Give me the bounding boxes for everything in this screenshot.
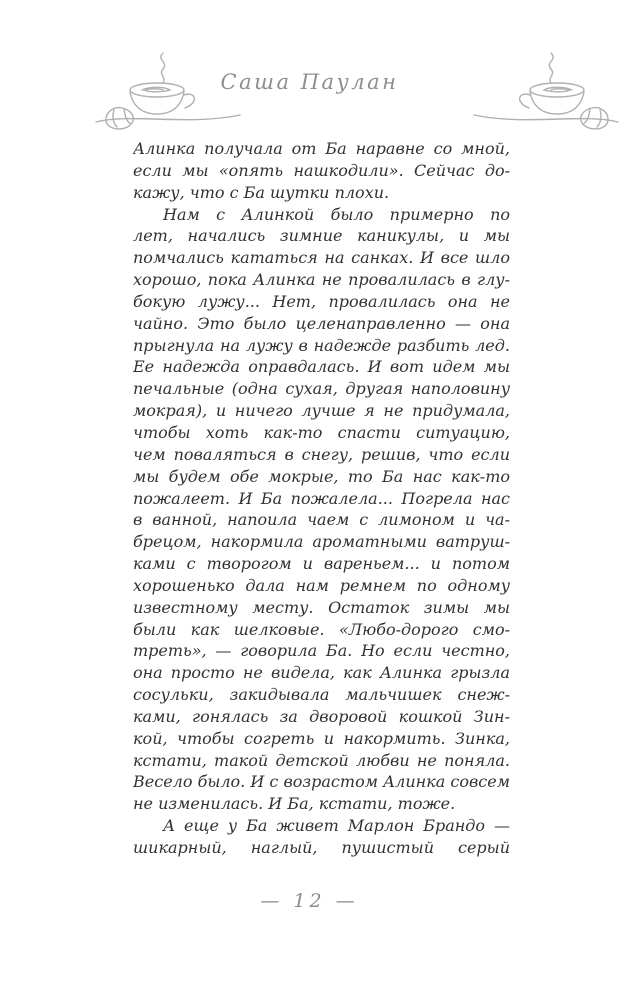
page-body-text: Алинка получала от Ба наравне со мной,ес… [133, 138, 510, 859]
text-line: если мы «опять нашкодили». Сейчас до- [133, 160, 510, 182]
text-line: Нам с Алинкой было примерно по десять [133, 204, 510, 226]
text-line: сосульки, закидывала мальчишек снеж- [133, 684, 510, 706]
text-line: не изменилась. И Ба, кстати, тоже. [133, 793, 510, 815]
text-line: А еще у Ба живет Марлон Брандо — [133, 815, 510, 837]
book-page: Саша Паулан Алинка получала от Ба наравн… [0, 0, 619, 1000]
text-line: чтобы хоть как-то спасти ситуацию, [133, 422, 510, 444]
text-line: кажу, что с Ба шутки плохи. [133, 182, 510, 204]
text-line: прыгнула на лужу в надежде разбить лед. [133, 335, 510, 357]
text-line: мы будем обе мокрые, то Ба нас как-то [133, 466, 510, 488]
text-line: кой, чтобы согреть и накормить. Зинка, [133, 728, 510, 750]
page-number: — 12 — [0, 890, 619, 912]
text-line: ками с творогом и вареньем... и потом [133, 553, 510, 575]
text-line: чайно. Это было целенаправленно — она [133, 313, 510, 335]
text-line: помчались кататься на санках. И все шло [133, 247, 510, 269]
coffee-cup-croissant-icon [94, 50, 242, 142]
table-line [96, 115, 240, 122]
text-line: хорошо, пока Алинка не провалилась в глу… [133, 269, 510, 291]
latte-swirl [544, 87, 572, 92]
text-line: лет, начались зимние каникулы, и мы [133, 225, 510, 247]
text-line: она просто не видела, как Алинка грызла [133, 662, 510, 684]
text-line: были как шелковые. «Любо-дорого смо- [133, 619, 510, 641]
text-line: треть», — говорила Ба. Но если честно, [133, 640, 510, 662]
text-line: мокрая), и ничего лучше я не придумала, [133, 400, 510, 422]
steam-line [549, 53, 553, 83]
text-line: хорошенько дала нам ремнем по одному [133, 575, 510, 597]
text-line: шикарный, наглый, пушистый серый [133, 837, 510, 859]
text-line: чем поваляться в снегу, решив, что если [133, 444, 510, 466]
coffee-cup-croissant-icon [472, 50, 619, 142]
text-line: брецом, накормила ароматными ватруш- [133, 531, 510, 553]
cup-handle [184, 94, 194, 108]
text-line: Алинка получала от Ба наравне со мной, [133, 138, 510, 160]
text-line: известному месту. Остаток зимы мы [133, 597, 510, 619]
text-line: бокую лужу... Нет, провалилась она не сл… [133, 291, 510, 313]
text-line: в ванной, напоила чаем с лимоном и ча- [133, 509, 510, 531]
text-line: Весело было. И с возрастом Алинка совсем [133, 771, 510, 793]
text-line: ками, гонялась за дворовой кошкой Зин- [133, 706, 510, 728]
text-line: Ее надежда оправдалась. И вот идем мы [133, 356, 510, 378]
cup-rim [530, 83, 584, 97]
text-line: пожалеет. И Ба пожалела... Погрела нас [133, 488, 510, 510]
cup-handle [520, 94, 530, 108]
text-line: кстати, такой детской любви не поняла. [133, 750, 510, 772]
table-line [474, 115, 618, 122]
text-line: печальные (одна сухая, другая наполовину [133, 378, 510, 400]
